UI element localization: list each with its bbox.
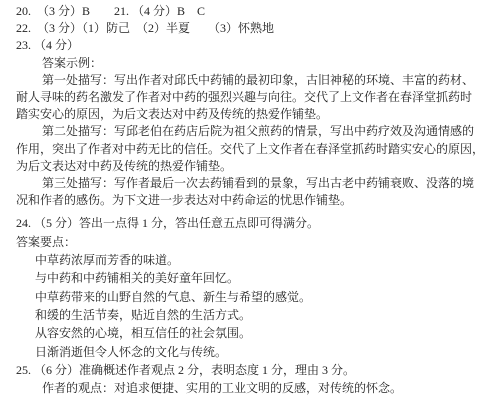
- q23-description1-line3: 踏实安心的原因，为后文表达对中药及传统的热爱作铺垫。: [16, 106, 485, 123]
- answer-q24-score: 24. （5 分）答出一点得 1 分，答出任意五点即可得满分。: [16, 214, 485, 232]
- answers-section-20-23: 20. （3 分）B 21. （4 分）B C 22. （3 分）（1）防己 （…: [16, 3, 485, 209]
- answer-sheet-page: 20. （3 分）B 21. （4 分）B C 22. （3 分）（1）防己 （…: [0, 0, 491, 398]
- q23-description2-line1: 第二处描写：写邱老伯在药店后院为祖父煎药的情景，写出中药疗效及沟通情感的: [16, 123, 485, 140]
- answers-section-24-25: 24. （5 分）答出一点得 1 分，答出任意五点即可得满分。 答案要点： 中草…: [16, 214, 485, 397]
- q23-description2-line3: 为后文表达对中药及传统的热爱作铺垫。: [16, 158, 485, 175]
- q23-answer-example-label: 答案示例：: [16, 55, 485, 72]
- q23-description1-line1: 第一处描写：写出作者对邱氏中药铺的最初印象，古旧神秘的环境、丰富的药材、: [16, 72, 485, 89]
- q24-point-6: 日渐消逝但令人怀念的文化与传统。: [16, 343, 485, 361]
- q24-point-3: 中草药带来的山野自然的气息、新生与希望的感觉。: [16, 288, 485, 306]
- q23-description2-line2: 作用，突出了作者对中药无比的信任。交代了上文作者在春泽堂抓药时踏实安心的原因，: [16, 141, 485, 158]
- q24-point-4: 和缓的生活节奏，贴近自然的生活方式。: [16, 306, 485, 324]
- q24-point-5: 从容安然的心境，相互信任的社会氛围。: [16, 324, 485, 342]
- q23-description3-line1: 第三处描写：写作者最后一次去药铺看到的景象，写出古老中药铺衰败、没落的境: [16, 175, 485, 192]
- q23-description1-line2: 耐人寻味的药名激发了作者对中药的强烈兴趣与向往。交代了上文作者在春泽堂抓药时: [16, 89, 485, 106]
- answer-q22: 22. （3 分）（1）防己 （2）半夏 （3）怀熟地: [16, 20, 485, 37]
- q24-point-1: 中草药浓厚而芳香的味道。: [16, 251, 485, 269]
- q25-author-viewpoint: 作者的观点：对追求便捷、实用的工业文明的反感，对传统的怀念。: [16, 379, 485, 397]
- answer-q20-q21: 20. （3 分）B 21. （4 分）B C: [16, 3, 485, 20]
- q24-point-2: 与中药和中药铺相关的美好童年回忆。: [16, 269, 485, 287]
- q23-description3-line2: 况和作者的感伤。为下文进一步表达对中药命运的忧思作铺垫。: [16, 192, 485, 209]
- q24-key-points-label: 答案要点：: [16, 233, 485, 251]
- answer-q23-score: 23. （4 分）: [16, 37, 485, 54]
- answer-q25-score: 25. （6 分）准确概述作者观点 2 分，表明态度 1 分，理由 3 分。: [16, 361, 485, 379]
